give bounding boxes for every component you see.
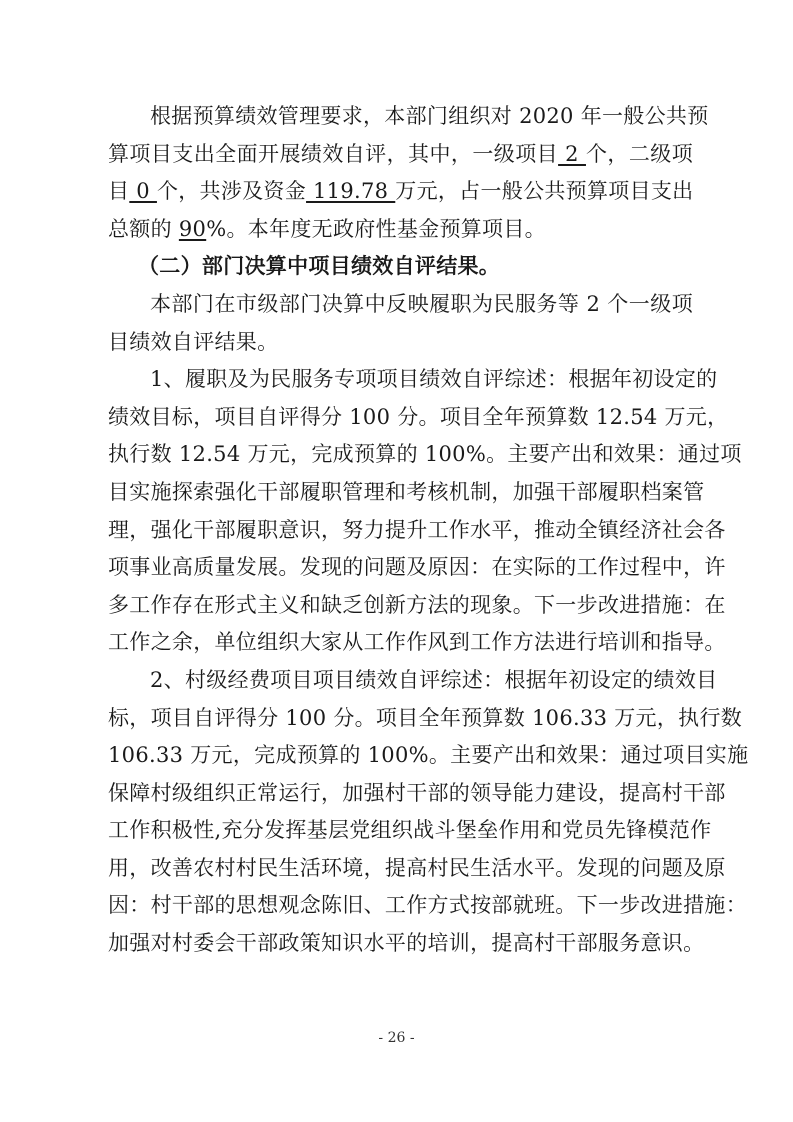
paragraph-4-line: 加强对村委会干部政策知识水平的培训，提高村干部服务意识。 — [108, 925, 693, 963]
paragraph-4-line: 工作积极性,充分发挥基层党组织战斗堡垒作用和党员先锋模范作 — [108, 812, 693, 850]
paragraph-3-line: 理，强化干部履职意识，努力提升工作水平，推动全镇经济社会各 — [108, 512, 693, 550]
paragraph-3-line: 工作之余，单位组织大家从工作作风到工作方法进行培训和指导。 — [108, 624, 693, 662]
paragraph-1-line-2: 算项目支出全面开展绩效自评，其中，一级项目 2 个，二级项 — [108, 136, 693, 174]
paragraph-1-line-4: 总额的 90%。本年度无政府性基金预算项目。 — [108, 211, 693, 249]
text: 算项目支出全面开展绩效自评，其中，一级项目 — [108, 142, 558, 166]
page-number: - 26 - — [0, 1030, 793, 1046]
section-heading: （二）部门决算中项目绩效自评结果。 — [108, 248, 693, 286]
paragraph-3-line: 多工作存在形式主义和缺乏创新方法的现象。下一步改进措施：在 — [108, 587, 693, 625]
paragraph-4-line: 2、村级经费项目项目绩效自评综述：根据年初设定的绩效目 — [108, 662, 693, 700]
paragraph-4-line: 用，改善农村村民生活环境，提高村民生活水平。发现的问题及原 — [108, 850, 693, 888]
paragraph-3-line: 1、履职及为民服务专项项目绩效自评综述：根据年初设定的 — [108, 361, 693, 399]
document-page: 根据预算绩效管理要求，本部门组织对 2020 年一般公共预 算项目支出全面开展绩… — [108, 98, 693, 963]
text: 万元，占一般公共预算项目支出 — [395, 179, 693, 203]
paragraph-2-line-2: 目绩效自评结果。 — [108, 324, 693, 362]
text: 总额的 — [108, 217, 179, 241]
text: %。本年度无政府性基金预算项目。 — [206, 217, 546, 241]
level1-project-count: 2 — [558, 142, 586, 166]
paragraph-4-line: 因：村干部的思想观念陈旧、工作方式按部就班。下一步改进措施： — [108, 887, 693, 925]
paragraph-3-line: 执行数 12.54 万元，完成预算的 100%。主要产出和效果：通过项 — [108, 436, 693, 474]
paragraph-4-line: 保障村级组织正常运行，加强村干部的领导能力建设，提高村干部 — [108, 775, 693, 813]
paragraph-3-line: 项事业高质量发展。发现的问题及原因：在实际的工作过程中，许 — [108, 549, 693, 587]
paragraph-3-line: 目实施探索强化干部履职管理和考核机制，加强干部履职档案管 — [108, 474, 693, 512]
total-funds: 119.78 — [306, 179, 395, 203]
paragraph-1-line-3: 目 0 个，共涉及资金 119.78 万元，占一般公共预算项目支出 — [108, 173, 693, 211]
paragraph-2-line-1: 本部门在市级部门决算中反映履职为民服务等 2 个一级项 — [108, 286, 693, 324]
text: 个，共涉及资金 — [157, 179, 306, 203]
level2-project-count: 0 — [129, 179, 157, 203]
paragraph-4-line: 106.33 万元，完成预算的 100%。主要产出和效果：通过项目实施 — [108, 737, 693, 775]
paragraph-3-line: 绩效目标，项目自评得分 100 分。项目全年预算数 12.54 万元， — [108, 399, 693, 437]
text: 个，二级项 — [586, 142, 693, 166]
text: 目 — [108, 179, 129, 203]
paragraph-4-line: 标，项目自评得分 100 分。项目全年预算数 106.33 万元，执行数 — [108, 700, 693, 738]
paragraph-1-line-1: 根据预算绩效管理要求，本部门组织对 2020 年一般公共预 — [108, 98, 693, 136]
percent-value: 90 — [179, 217, 206, 241]
